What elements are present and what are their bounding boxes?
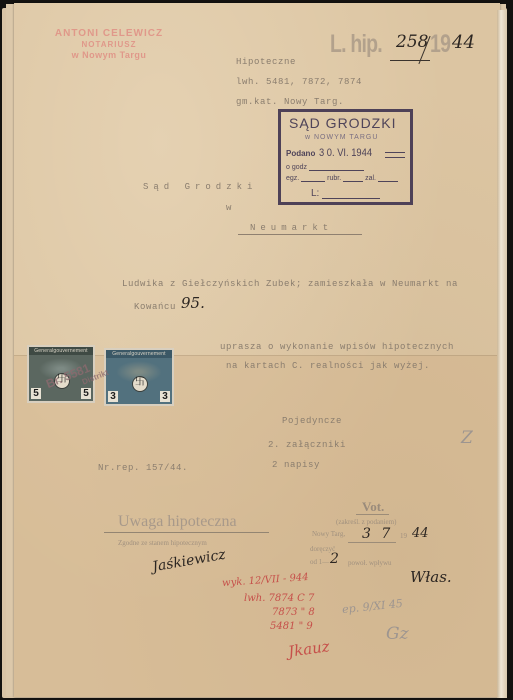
hypothec-note-subtitle: Zgodne ze stanem hipotecznym <box>118 539 207 547</box>
court-receipt-stamp: SĄD GRODZKI w NOWYM TARGU Podano 3 0. VI… <box>278 109 413 205</box>
body-line-4: na kartach C. realności jak wyżej. <box>226 361 430 371</box>
vot-count-handwritten: 2 <box>330 551 339 567</box>
court-stamp-title: SĄD GRODZKI <box>289 115 396 131</box>
stamp-banner: Generalgouvernement <box>29 347 93 355</box>
register-prefix: L. hip. <box>330 30 382 59</box>
header-line-gmkat: gm.kat. Nowy Targ. <box>236 97 344 107</box>
red-annotation-5481: 5481 " 9 <box>270 621 313 632</box>
repertory-number: Nr.rep. 157/44. <box>98 463 188 473</box>
zal-label: zal. <box>365 175 376 182</box>
vot-date-rule <box>348 542 396 543</box>
vot-signature: Włas. <box>410 568 452 586</box>
podano-date: 3 0. VI. 1944 <box>319 147 372 159</box>
enclosure-zalaczniki: 2. załączniki <box>268 440 346 450</box>
enclosure-pojedyncze: Pojedyncze <box>282 416 342 426</box>
godz-row: o godz <box>286 164 364 171</box>
vot-od-suffix: powoł. wpływu <box>348 559 392 567</box>
stamp-value-right: 3 <box>160 391 170 402</box>
page-right-edge <box>497 10 507 698</box>
stamp-value-right: 5 <box>81 388 91 399</box>
header-line-lwh: lwh. 5481, 7872, 7874 <box>236 77 362 87</box>
addressee-preposition: w <box>226 203 232 213</box>
enclosure-napisy: 2 napisy <box>272 460 320 470</box>
stamp-value-left: 3 <box>108 391 118 402</box>
stamp-value-left: 5 <box>31 388 41 399</box>
hypothec-note-rule <box>104 532 269 533</box>
addressee-city: Neumarkt <box>250 223 333 233</box>
register-year-printed: 19 <box>430 30 450 59</box>
red-annotation-7873: 7873 " 8 <box>272 607 315 618</box>
vot-od-label: od 1— <box>310 558 329 566</box>
vot-year-printed: 19 <box>400 532 407 540</box>
notary-title: NOTARIUSZ <box>44 39 174 50</box>
body-line-3: uprasza o wykonanie wpisów hipotecznych <box>220 342 454 352</box>
godz-label: o godz <box>286 164 307 171</box>
vot-title: Vot. <box>362 499 384 515</box>
godz-blank <box>309 170 364 171</box>
rubr-blank <box>343 181 363 182</box>
zal-blank <box>378 181 398 182</box>
body-line-1: Ludwika z Giełczyńskich Zubek; zamieszka… <box>122 279 458 289</box>
rubr-label: rubr. <box>327 175 341 182</box>
notary-name: ANTONI CELEWICZ <box>44 28 174 39</box>
vot-place-label: Nowy Targ, <box>312 530 345 538</box>
podano-label: Podano <box>286 149 315 158</box>
body-line-2-handwritten: 95. <box>181 294 205 312</box>
body-line-2-typed: Kowańcu <box>134 302 176 312</box>
court-stamp-subtitle: w NOWYM TARGU <box>305 134 378 141</box>
notary-location: w Nowym Targu <box>44 50 174 61</box>
header-line-hipoteczne: Hipoteczne <box>236 57 296 67</box>
vot-rule <box>356 514 389 515</box>
vot-year-handwritten: 44 <box>412 526 429 541</box>
pencil-initials: Gz <box>386 624 409 644</box>
revenue-stamp-3: Generalgouvernement 卐 3 3 <box>104 348 174 406</box>
l-row: L: <box>311 188 380 199</box>
register-underline <box>390 60 430 61</box>
egz-label: egz. <box>286 175 299 182</box>
pencil-margin-mark: Z <box>461 428 473 448</box>
notary-stamp: ANTONI CELEWICZ NOTARIUSZ w Nowym Targu <box>44 28 174 61</box>
red-annotation-lwh-7874: lwh. 7874 C 7 <box>244 593 314 604</box>
egz-blank <box>301 181 325 182</box>
double-rule <box>385 152 405 158</box>
hypothec-note-title: Uwaga hipoteczna <box>118 513 237 531</box>
stamp-banner: Generalgouvernement <box>106 350 172 358</box>
city-underline <box>238 234 362 235</box>
l-label: L: <box>311 188 319 199</box>
egz-row: egz. rubr. zal. <box>286 175 398 182</box>
addressee-court: Sąd Grodzki <box>143 182 257 192</box>
l-blank <box>322 198 380 199</box>
vot-note: (zakreśl. z podaniem) <box>336 518 396 526</box>
vot-date-handwritten: 3 7 <box>362 526 393 542</box>
swastika-emblem-icon: 卐 <box>132 376 148 392</box>
register-year-handwritten: 44 <box>452 32 475 53</box>
